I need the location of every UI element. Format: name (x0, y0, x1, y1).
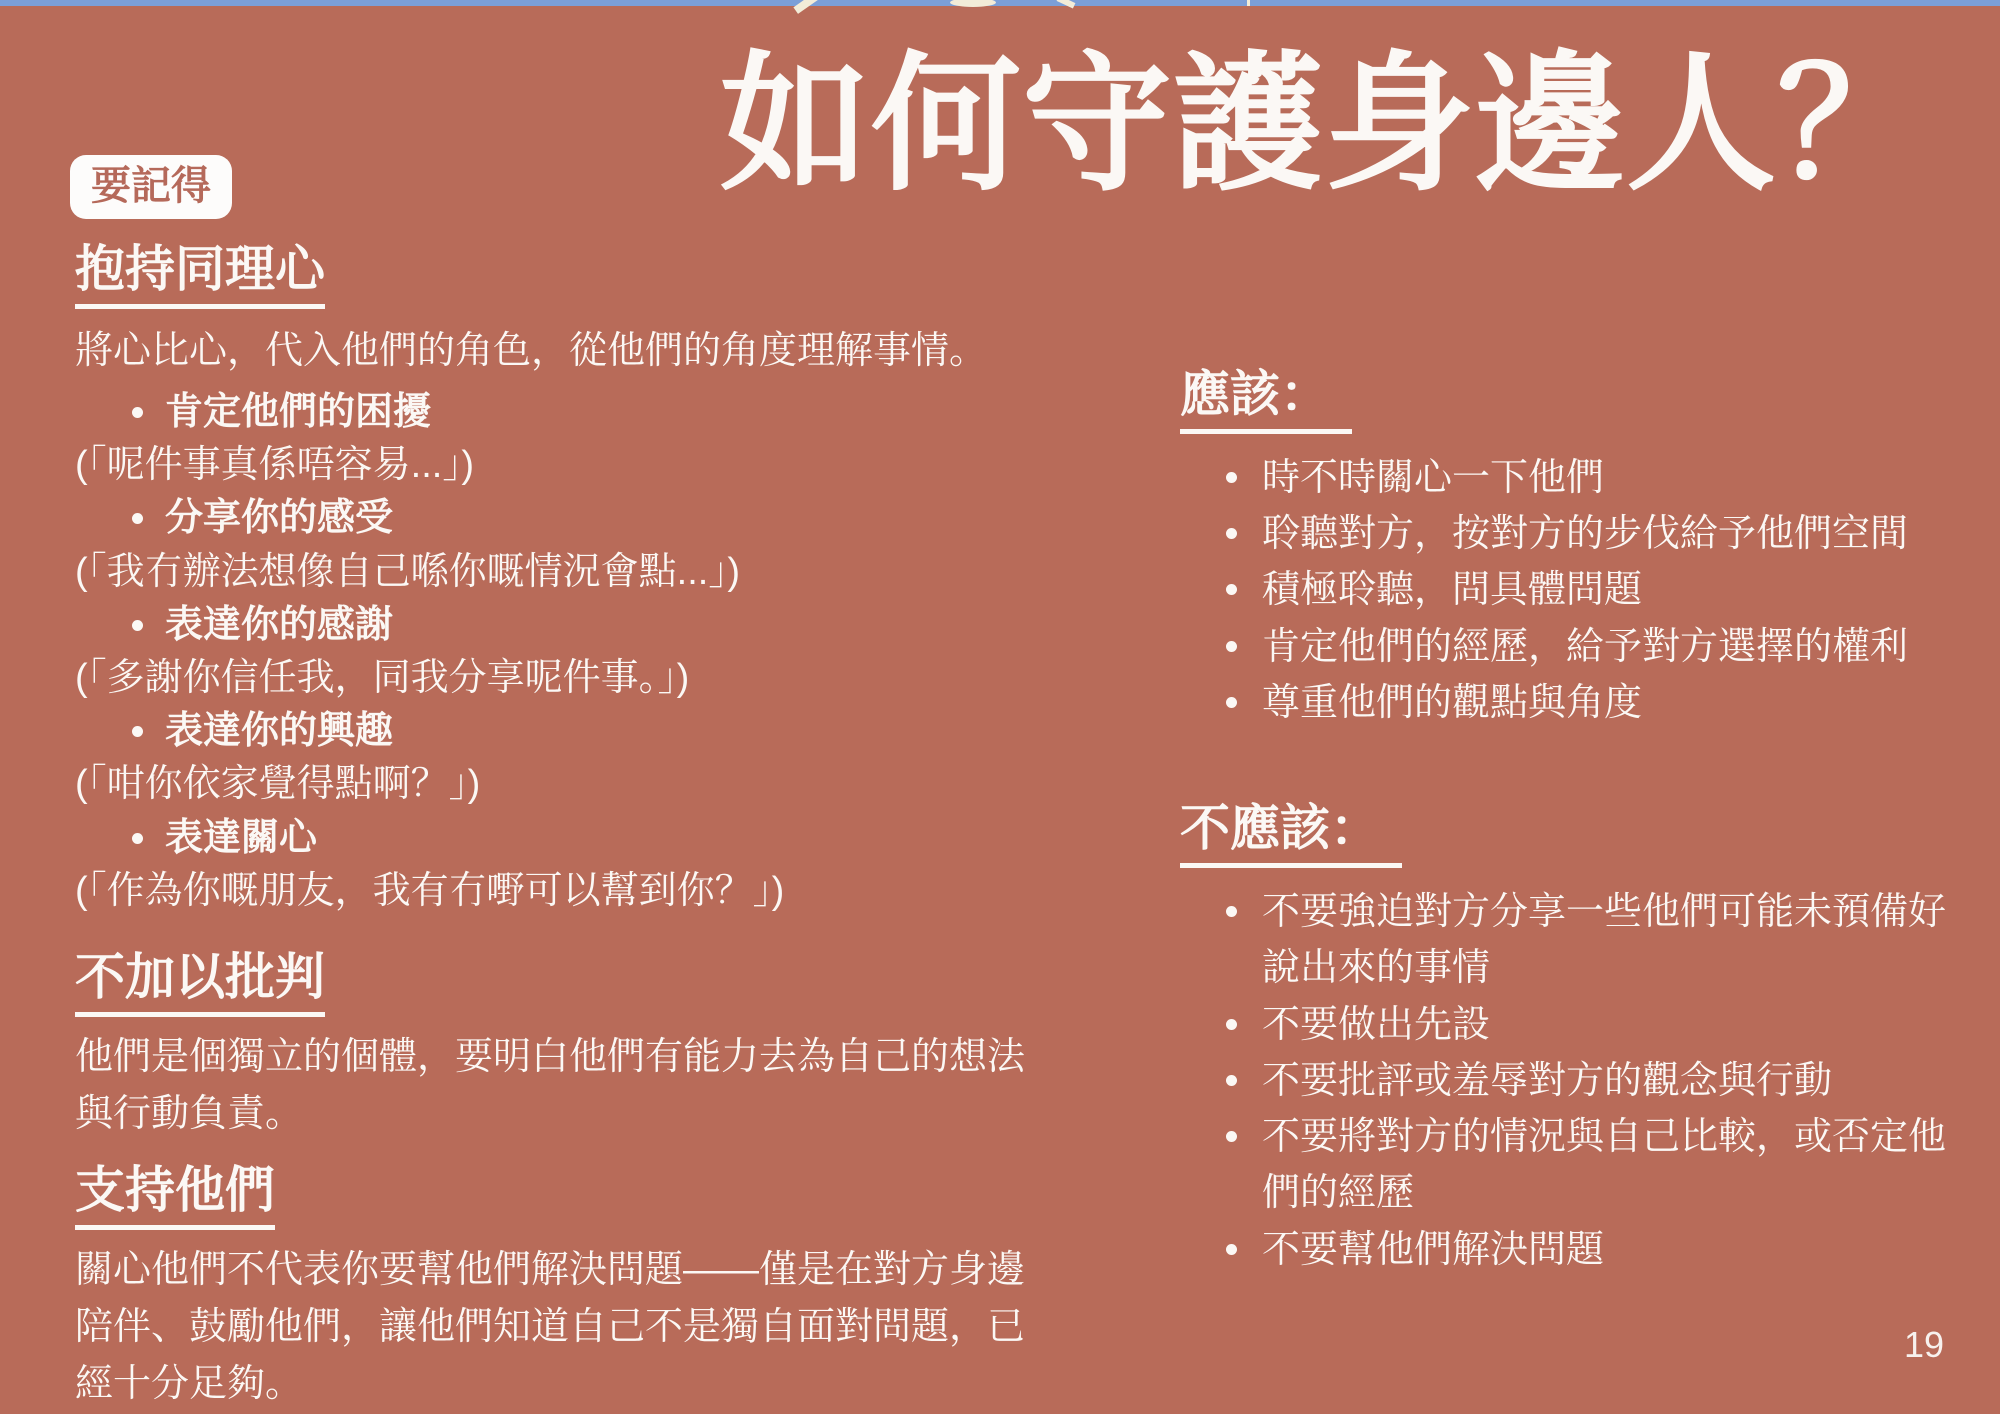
section-intro-empathy: 將心比心，代入他們的角色，從他們的角度理解事情。 (75, 323, 1035, 380)
left-column: 抱持同理心 將心比心，代入他們的角色，從他們的角度理解事情。 肯定他們的困擾 (… (75, 240, 1035, 1413)
list-item: 肯定他們的困擾 (75, 386, 1035, 439)
empathy-points-list: 肯定他們的困擾 (「呢件事真係唔容易...」) 分享你的感受 (「我冇辦法想像自… (75, 386, 1035, 918)
section-empathy: 抱持同理心 將心比心，代入他們的角色，從他們的角度理解事情。 肯定他們的困擾 (… (75, 240, 1035, 918)
list-item: 不要強迫對方分享一些他們可能未預備好說出來的事情 (1180, 884, 1960, 996)
right-column: 應該： 時不時關心一下他們 聆聽對方，按對方的步伐給予他們空間 積極聆聽，問具體… (1180, 365, 1960, 1278)
list-item: 表達你的感謝 (75, 599, 1035, 652)
quote-line: (「呢件事真係唔容易...」) (75, 439, 1035, 492)
section-no-judgement: 不加以批判 他們是個獨立的個體，要明白他們有能力去為自己的想法與行動負責。 (75, 948, 1035, 1143)
top-edge-artifact (793, 0, 822, 14)
top-edge-artifact (1247, 0, 1250, 6)
do-heading-text: 應該： (1180, 365, 1352, 434)
section-heading-text: 不加以批判 (75, 948, 325, 1017)
quote-line: (「作為你嘅朋友，我有冇嘢可以幫到你？」) (75, 865, 1035, 918)
list-item: 不要批評或羞辱對方的觀念與行動 (1180, 1053, 1960, 1109)
top-edge-artifact (950, 0, 996, 7)
section-heading-text: 支持他們 (75, 1161, 275, 1230)
list-item: 不要做出先設 (1180, 997, 1960, 1053)
dont-heading: 不應該： (1180, 799, 1960, 868)
section-dont: 不應該： 不要強迫對方分享一些他們可能未預備好說出來的事情 不要做出先設 不要批… (1180, 799, 1960, 1278)
section-do: 應該： 時不時關心一下他們 聆聽對方，按對方的步伐給予他們空間 積極聆聽，問具體… (1180, 365, 1960, 731)
do-heading: 應該： (1180, 365, 1960, 434)
section-support: 支持他們 關心他們不代表你要幫他們解決問題——僅是在對方身邊陪伴、鼓勵他們，讓他… (75, 1161, 1035, 1413)
section-intro-support: 關心他們不代表你要幫他們解決問題——僅是在對方身邊陪伴、鼓勵他們，讓他們知道自己… (75, 1242, 1035, 1413)
list-item: 肯定他們的經歷，給予對方選擇的權利 (1180, 619, 1960, 675)
list-item: 不要幫他們解決問題 (1180, 1222, 1960, 1278)
dont-heading-text: 不應該： (1180, 799, 1402, 868)
dont-list: 不要強迫對方分享一些他們可能未預備好說出來的事情 不要做出先設 不要批評或羞辱對… (1180, 884, 1960, 1278)
section-heading-no-judgement: 不加以批判 (75, 948, 1035, 1017)
list-item: 分享你的感受 (75, 492, 1035, 545)
list-item: 不要將對方的情況與自己比較，或否定他們的經歷 (1180, 1109, 1960, 1221)
quote-line: (「我冇辦法想像自己喺你嘅情況會點...」) (75, 546, 1035, 599)
slide-title: 如何守護身邊人？ (720, 42, 1928, 207)
list-item: 表達你的興趣 (75, 705, 1035, 758)
do-list: 時不時關心一下他們 聆聽對方，按對方的步伐給予他們空間 積極聆聽，問具體問題 肯… (1180, 450, 1960, 731)
section-intro-no-judgement: 他們是個獨立的個體，要明白他們有能力去為自己的想法與行動負責。 (75, 1029, 1035, 1143)
section-heading-text: 抱持同理心 (75, 240, 325, 309)
remember-badge: 要記得 (70, 155, 232, 219)
page-number: 19 (1904, 1324, 1944, 1366)
section-heading-support: 支持他們 (75, 1161, 1035, 1230)
top-edge-artifact (1057, 0, 1076, 9)
list-item: 時不時關心一下他們 (1180, 450, 1960, 506)
list-item: 表達關心 (75, 812, 1035, 865)
quote-line: (「多謝你信任我，同我分享呢件事。」) (75, 652, 1035, 705)
quote-line: (「咁你依家覺得點啊？」) (75, 758, 1035, 811)
list-item: 尊重他們的觀點與角度 (1180, 675, 1960, 731)
top-edge-strip (0, 0, 2000, 6)
section-heading-empathy: 抱持同理心 (75, 240, 1035, 309)
list-item: 積極聆聽，問具體問題 (1180, 562, 1960, 618)
list-item: 聆聽對方，按對方的步伐給予他們空間 (1180, 506, 1960, 562)
